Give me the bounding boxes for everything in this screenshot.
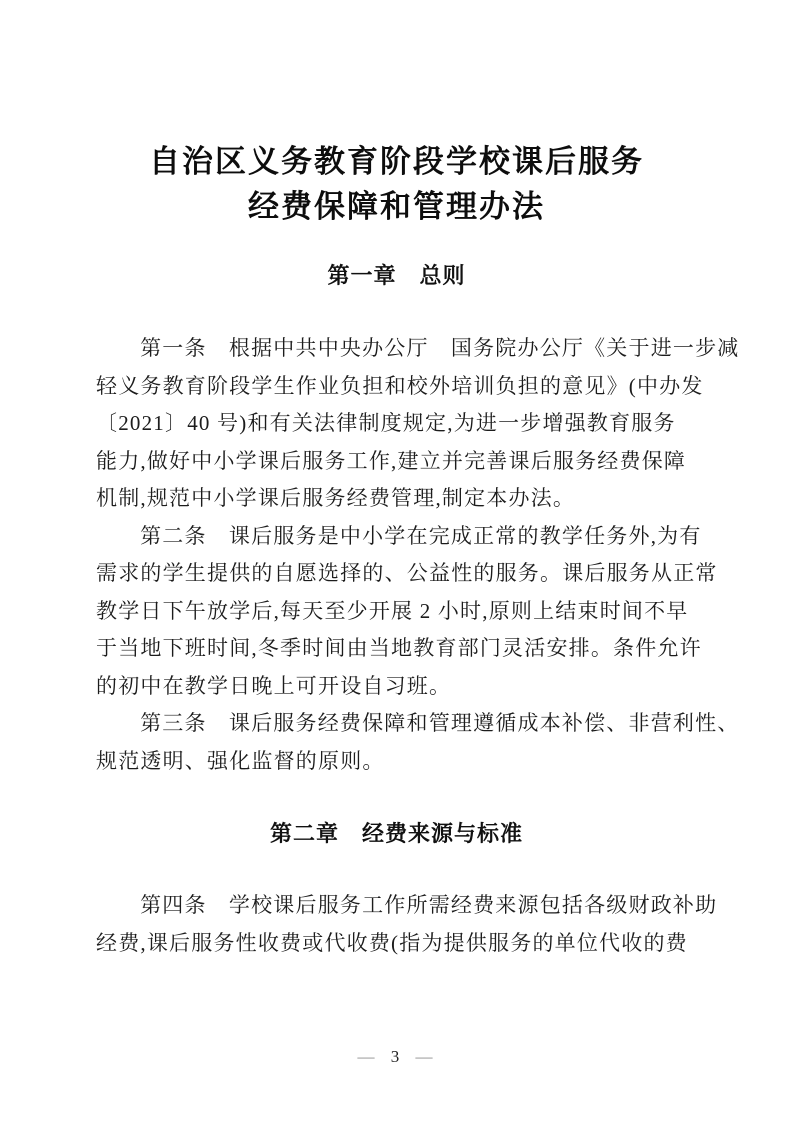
text-line: 需求的学生提供的自愿选择的、公益性的服务。课后服务从正常 (96, 555, 708, 593)
text-line: 的初中在教学日晚上可开设自习班。 (96, 668, 708, 706)
body-text-chapter-2: 第四条 学校课后服务工作所需经费来源包括各级财政补助 经费,课后服务性收费或代收… (96, 887, 708, 962)
title-line-1: 自治区义务教育阶段学校课后服务 (0, 139, 793, 184)
document-page: 自治区义务教育阶段学校课后服务 经费保障和管理办法 第一章 总则 第一条 根据中… (0, 0, 793, 1122)
text-line: 于当地下班时间,冬季时间由当地教育部门灵活安排。条件允许 (96, 630, 708, 668)
page-number: — 3 — (0, 1047, 793, 1067)
text-line: 经费,课后服务性收费或代收费(指为提供服务的单位代收的费 (96, 925, 708, 963)
text-line: 规范透明、强化监督的原则。 (96, 743, 708, 781)
body-text-chapter-1: 第一条 根据中共中央办公厅 国务院办公厅《关于进一步减 轻义务教育阶段学生作业负… (96, 330, 708, 780)
text-line: 能力,做好中小学课后服务工作,建立并完善课后服务经费保障 (96, 443, 708, 481)
text-line: 第一条 根据中共中央办公厅 国务院办公厅《关于进一步减 (96, 330, 708, 368)
page-number-dash-right: — (416, 1047, 436, 1066)
page-number-value: 3 (385, 1047, 409, 1066)
page-number-dash-left: — (358, 1047, 378, 1066)
text-line: 轻义务教育阶段学生作业负担和校外培训负担的意见》(中办发 (96, 368, 708, 406)
chapter-heading-1: 第一章 总则 (0, 259, 793, 290)
title-line-2: 经费保障和管理办法 (0, 184, 793, 229)
text-line: 第四条 学校课后服务工作所需经费来源包括各级财政补助 (96, 887, 708, 925)
document-title: 自治区义务教育阶段学校课后服务 经费保障和管理办法 (0, 139, 793, 229)
text-line: 第三条 课后服务经费保障和管理遵循成本补偿、非营利性、 (96, 705, 708, 743)
text-line: 〔2021〕40 号)和有关法律制度规定,为进一步增强教育服务 (96, 405, 708, 443)
text-line: 第二条 课后服务是中小学在完成正常的教学任务外,为有 (96, 518, 708, 556)
text-line: 教学日下午放学后,每天至少开展 2 小时,原则上结束时间不早 (96, 593, 708, 631)
chapter-heading-2: 第二章 经费来源与标准 (0, 817, 793, 848)
text-line: 机制,规范中小学课后服务经费管理,制定本办法。 (96, 480, 708, 518)
